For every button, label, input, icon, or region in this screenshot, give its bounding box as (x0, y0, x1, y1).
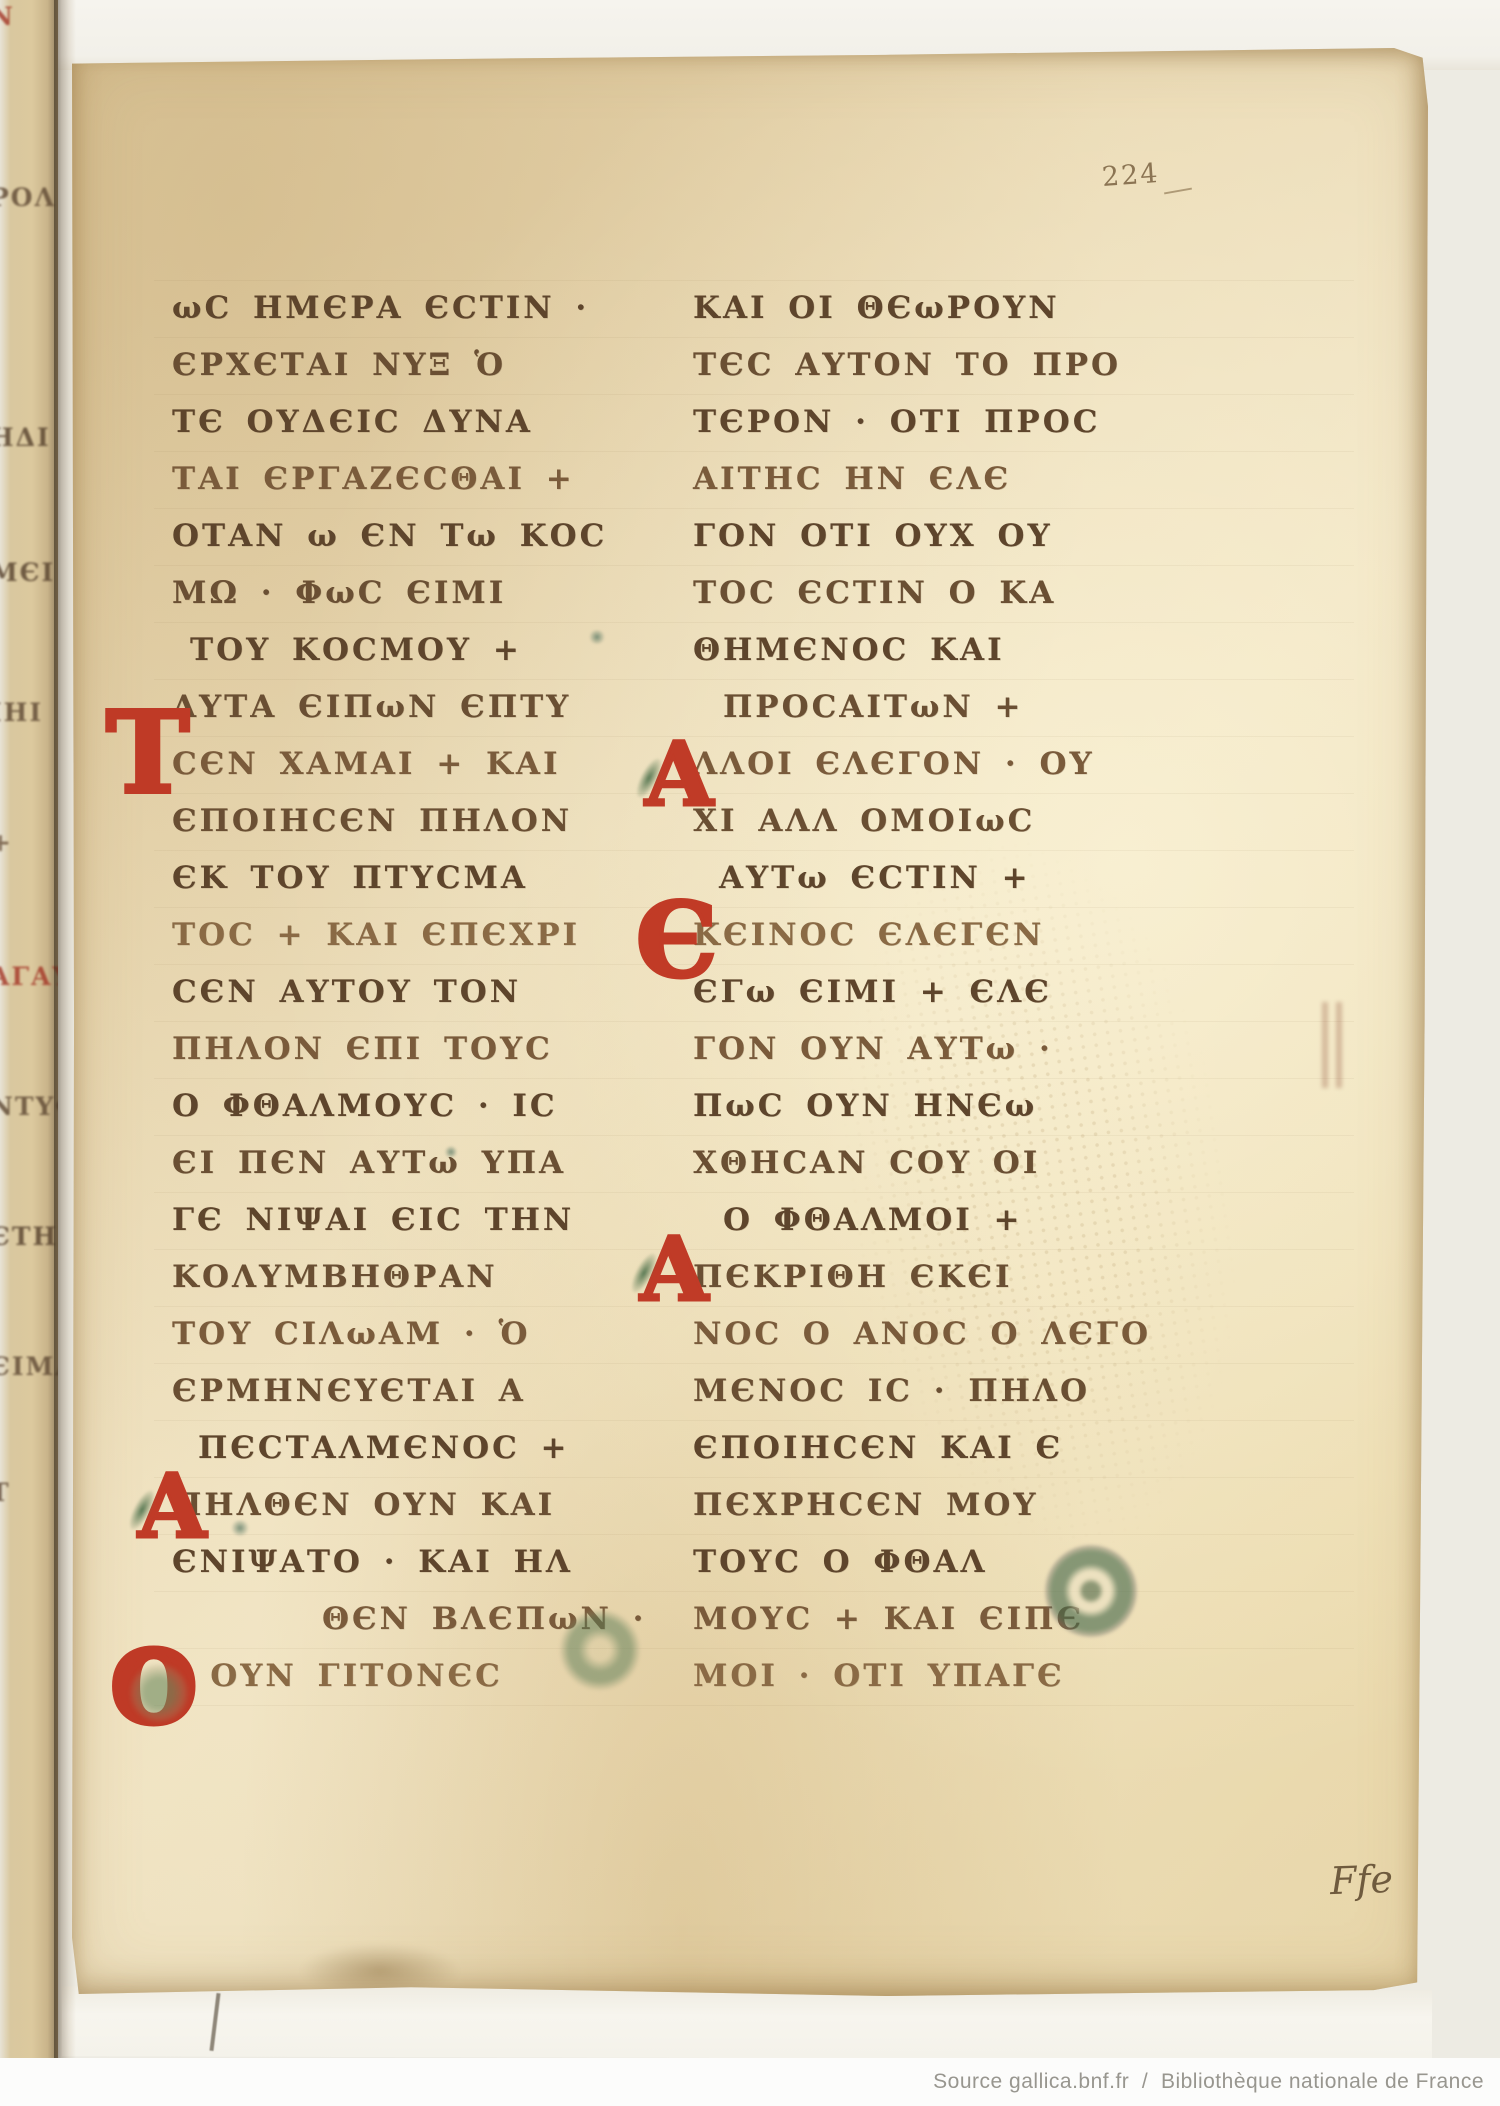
facing-page-strip: Ν ΡΟΛ ΗΔΙ ΜЄΙ ΙΗΙ + ΑΓΑΥΩ ΝΤΥΦ ЄΤΗΚΑΙ ЄΙ… (0, 0, 58, 2058)
manuscript-text-line: ΧΘΗϹΑΝ ϹΟΥ ΟΙ (693, 1135, 1163, 1192)
manuscript-text-line: ΓЄ ΝΙΨΑΙ ЄΙϹ ΤΗΝ (172, 1192, 642, 1249)
manuscript-text-line: ΠЄϹΤΑΛΜЄΝΟϹ + (172, 1420, 642, 1477)
manuscript-text-line: ΜЄΝΟϹ ΙϹ · ΠΗΛΟ (693, 1363, 1163, 1420)
green-ring-stain (560, 1610, 640, 1690)
manuscript-text-line: ΛΛΟΙ ЄΛЄΓΟΝ · ΟΥ (693, 736, 1163, 793)
manuscript-text-line: ΜΩ · ΦωϹ ЄΙΜΙ (172, 565, 642, 622)
gallica-caption-bar: Source gallica.bnf.fr / Bibliothèque nat… (0, 2058, 1500, 2106)
facing-page-text-fragment: ЄΙΜΑΥ (0, 1352, 48, 1381)
green-fleck (588, 630, 606, 644)
corner-inscription: Ffe (1329, 1857, 1393, 1903)
text-column-right: ΚΑΙ ΟΙ ΘЄωΡΟΥΝ ΤЄϹ ΑΥΤΟΝ ΤΟ ΠΡΟ ΤЄΡΟΝ · … (693, 280, 1163, 1705)
facing-page-text-fragment: ΜЄΙ (0, 558, 48, 587)
facing-page-text-fragment: Τ (0, 1478, 48, 1507)
text-column-left: ωϹ ΗΜЄΡΑ ЄϹΤΙΝ · ЄΡΧЄΤΑΙ ΝΥΞ Ὁ ΤЄ ΟΥΔЄΙϹ… (172, 280, 642, 1705)
manuscript-text-line: ΤΟϹ + ΚΑΙ ЄΠЄΧΡΙ (172, 907, 642, 964)
facing-page-text-fragment: ЄΤΗΚΑΙ (0, 1222, 48, 1251)
facing-page-text-fragment: ΑΓΑΥΩ (0, 962, 48, 991)
manuscript-text-line: ΑΥΤΑ ЄΙΠωΝ ЄΠΤΥ (172, 679, 642, 736)
green-fleck (444, 1146, 458, 1158)
green-pigment-fleck (125, 1487, 160, 1533)
manuscript-text-line: ΤΟΥ ϹΙΛωΑΜ · Ὁ (172, 1306, 642, 1363)
green-fleck (230, 1520, 250, 1536)
manuscript-text-line: ΑΙΤΗϹ ΗΝ ЄΛЄ (693, 451, 1163, 508)
facing-page-text-fragment: ΡΟΛ (0, 183, 48, 212)
manuscript-text-line: ЄΠΟΙΗϹЄΝ ΚΑΙ Є (693, 1420, 1163, 1477)
manuscript-text-line: ΠΡΟϹΑΙΤωΝ + (693, 679, 1163, 736)
facing-page-text-fragment: ΙΗΙ (0, 698, 48, 727)
folio-number: 224 (1101, 158, 1161, 193)
manuscript-text-line: ЄΡΜΗΝЄΥЄΤΑΙ Α (172, 1363, 642, 1420)
manuscript-text-line: ϹЄΝ ΑΥΤΟΥ ΤΟΝ (172, 964, 642, 1021)
manuscript-text-line: ΠωϹ ΟΥΝ ΗΝЄω (693, 1078, 1163, 1135)
manuscript-text-line: ЄΡΧЄΤΑΙ ΝΥΞ Ὁ (172, 337, 642, 394)
manuscript-scan: Ν ΡΟΛ ΗΔΙ ΜЄΙ ΙΗΙ + ΑΓΑΥΩ ΝΤΥΦ ЄΤΗΚΑΙ ЄΙ… (0, 0, 1500, 2106)
manuscript-text-line: Ο ΦΘΑΛΜΟΥϹ · ΙϹ (172, 1078, 642, 1135)
manuscript-text-line: ΤΑΙ ЄΡΓΑΖЄϹΘΑΙ + (172, 451, 642, 508)
manuscript-text-line: ΧΙ ΑΛΛ ΟΜΟΙωϹ (693, 793, 1163, 850)
parchment-page: ωϹ ΗΜЄΡΑ ЄϹΤΙΝ · ЄΡΧЄΤΑΙ ΝΥΞ Ὁ ΤЄ ΟΥΔЄΙϹ… (72, 48, 1428, 1996)
facing-page-text-fragment: ΗΔΙ (0, 423, 48, 452)
verso-ink-showthrough (1316, 1002, 1350, 1088)
folio-number-flourish (1164, 188, 1192, 195)
manuscript-text-line: ΠЄΚΡΙΘΗ ЄΚЄΙ (693, 1249, 1163, 1306)
manuscript-text-line: ЄΝΙΨΑΤΟ · ΚΑΙ ΗΛ (172, 1534, 642, 1591)
facing-page-text-fragment: ΝΤΥΦ (0, 1092, 48, 1121)
manuscript-text-line: ΤΟΥ ΚΟϹΜΟΥ + (172, 622, 642, 679)
manuscript-text-line: ωϹ ΗΜЄΡΑ ЄϹΤΙΝ · (172, 280, 642, 337)
under-leaf (62, 1986, 1432, 2060)
manuscript-text-line: ΤЄ ΟΥΔЄΙϹ ΔΥΝΑ (172, 394, 642, 451)
manuscript-text-line: ΘΗΜЄΝΟϹ ΚΑΙ (693, 622, 1163, 679)
manuscript-text-line: ΜΟΙ · ΟΤΙ ΥΠΑΓЄ (693, 1648, 1163, 1705)
manuscript-text-line: ΠЄΧΡΗϹЄΝ ΜΟΥ (693, 1477, 1163, 1534)
manuscript-text-line: ΓΟΝ ΟΤΙ ΟΥΧ ΟΥ (693, 508, 1163, 565)
manuscript-text-line: ΚΑΙ ΟΙ ΘЄωΡΟΥΝ (693, 280, 1163, 337)
source-credit-text: Source gallica.bnf.fr / Bibliothèque nat… (933, 2070, 1484, 2094)
manuscript-text-line: ЄΙ ΠЄΝ ΑΥΤω ΥΠΑ (172, 1135, 642, 1192)
manuscript-text-line: ΚΟΛΥΜΒΗΘΡΑΝ (172, 1249, 642, 1306)
manuscript-text-line: ΟΤΑΝ ω ЄΝ Τω ΚΟϹ (172, 508, 642, 565)
manuscript-text-line: ΓΟΝ ΟΥΝ ΑΥΤω · (693, 1021, 1163, 1078)
manuscript-text-line: ΠΗΛΟΝ ЄΠΙ ΤΟΥϹ (172, 1021, 642, 1078)
manuscript-text-line: ΚЄΙΝΟϹ ЄΛЄΓЄΝ (693, 907, 1163, 964)
manuscript-text-line: ΤЄΡΟΝ · ΟΤΙ ΠΡΟϹ (693, 394, 1163, 451)
manuscript-text-line: ЄΠΟΙΗϹЄΝ ΠΗΛΟΝ (172, 793, 642, 850)
green-ring-stain (1045, 1545, 1137, 1637)
manuscript-text-line: Ο ΦΘΑΛΜΟΙ + (693, 1192, 1163, 1249)
manuscript-text-line: ΤЄϹ ΑΥΤΟΝ ΤΟ ΠΡΟ (693, 337, 1163, 394)
manuscript-text-line: ΝΟϹ Ο ΑΝΟϹ Ο ΛЄΓΟ (693, 1306, 1163, 1363)
manuscript-text-line: ΑΥΤω ЄϹΤΙΝ + (693, 850, 1163, 907)
manuscript-text-line: ЄΓω ЄΙΜΙ + ЄΛЄ (693, 964, 1163, 1021)
manuscript-text-line: ΤΟϹ ЄϹΤΙΝ Ο ΚΑ (693, 565, 1163, 622)
manuscript-text-line: ЄΚ ΤΟΥ ΠΤΥϹΜΑ (172, 850, 642, 907)
manuscript-text-line: ϹЄΝ ΧΑΜΑΙ + ΚΑΙ (172, 736, 642, 793)
facing-page-text-fragment: + (0, 828, 48, 857)
facing-page-text-fragment: Ν (0, 2, 48, 31)
